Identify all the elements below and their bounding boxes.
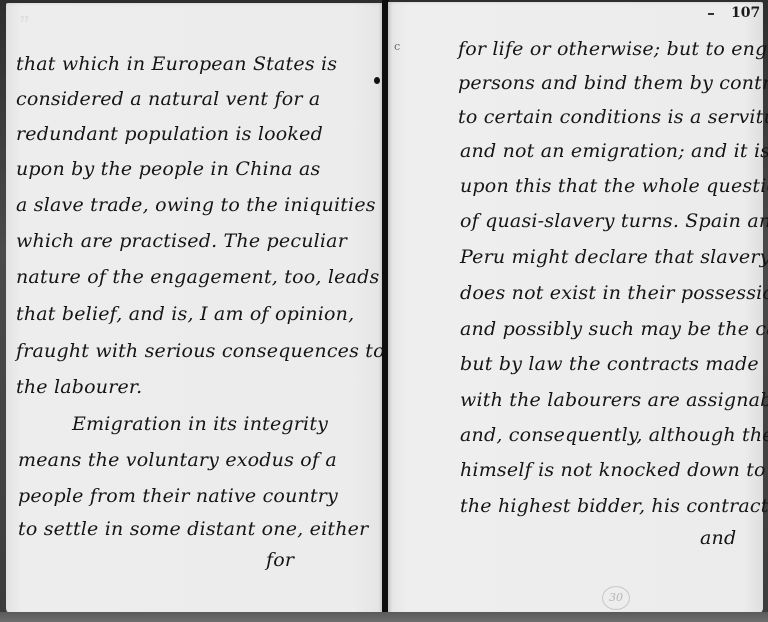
right-line-6: of quasi-slavery turns. Spain and — [460, 212, 768, 231]
binding-hole — [374, 77, 380, 84]
manuscript-spread: ?? that which in European States is cons… — [0, 0, 768, 622]
left-catchword: for — [266, 551, 294, 570]
left-line-1: that which in European States is — [16, 55, 337, 74]
corner-mark: ?? — [20, 15, 29, 24]
right-page: 107 c for life or otherwise; but to enga… — [388, 2, 763, 614]
page-number: 107 — [731, 5, 760, 21]
left-line-3: redundant population is looked — [16, 125, 323, 144]
right-line-2: persons and bind them by contract — [458, 74, 768, 93]
right-line-1: for life or otherwise; but to engage — [458, 40, 768, 59]
left-line-13: people from their native country — [18, 487, 338, 506]
right-line-13: himself is not knocked down to — [460, 461, 766, 480]
left-line-8: that belief, and is, I am of opinion, — [16, 305, 354, 324]
right-line-11: with the labourers are assignable; — [460, 391, 768, 410]
left-line-11: Emigration in its integrity — [72, 415, 328, 434]
right-line-5: upon this that the whole question — [460, 177, 768, 196]
right-line-7: Peru might declare that slavery — [460, 248, 768, 267]
margin-mark: c — [394, 40, 400, 53]
left-line-6: which are practised. The peculiar — [16, 232, 347, 251]
folio-stamp: 30 — [602, 586, 630, 610]
right-line-14: the highest bidder, his contract is, — [460, 497, 768, 516]
right-line-9: and possibly such may be the case, — [460, 320, 768, 339]
left-line-14: to settle in some distant one, either — [18, 520, 368, 539]
right-catchword: and — [700, 529, 736, 548]
page-number-dash — [708, 13, 714, 15]
right-line-4: and not an emigration; and it is — [460, 142, 768, 161]
left-line-5: a slave trade, owing to the iniquities — [16, 196, 376, 215]
left-line-4: upon by the people in China as — [16, 160, 320, 179]
right-line-10: but by law the contracts made — [460, 355, 759, 374]
right-line-3: to certain conditions is a servitude — [458, 108, 768, 127]
left-line-7: nature of the engagement, too, leads to — [16, 268, 405, 287]
left-line-12: means the voluntary exodus of a — [18, 451, 337, 470]
left-page: ?? that which in European States is cons… — [6, 3, 383, 614]
right-line-12: and, consequently, although the man — [460, 426, 768, 445]
left-line-10: the labourer. — [16, 378, 142, 397]
book-bottom-edge — [0, 612, 768, 622]
left-line-9: fraught with serious consequences to — [16, 342, 385, 361]
left-line-2: considered a natural vent for a — [16, 90, 320, 109]
right-line-8: does not exist in their possessions, — [460, 284, 768, 303]
